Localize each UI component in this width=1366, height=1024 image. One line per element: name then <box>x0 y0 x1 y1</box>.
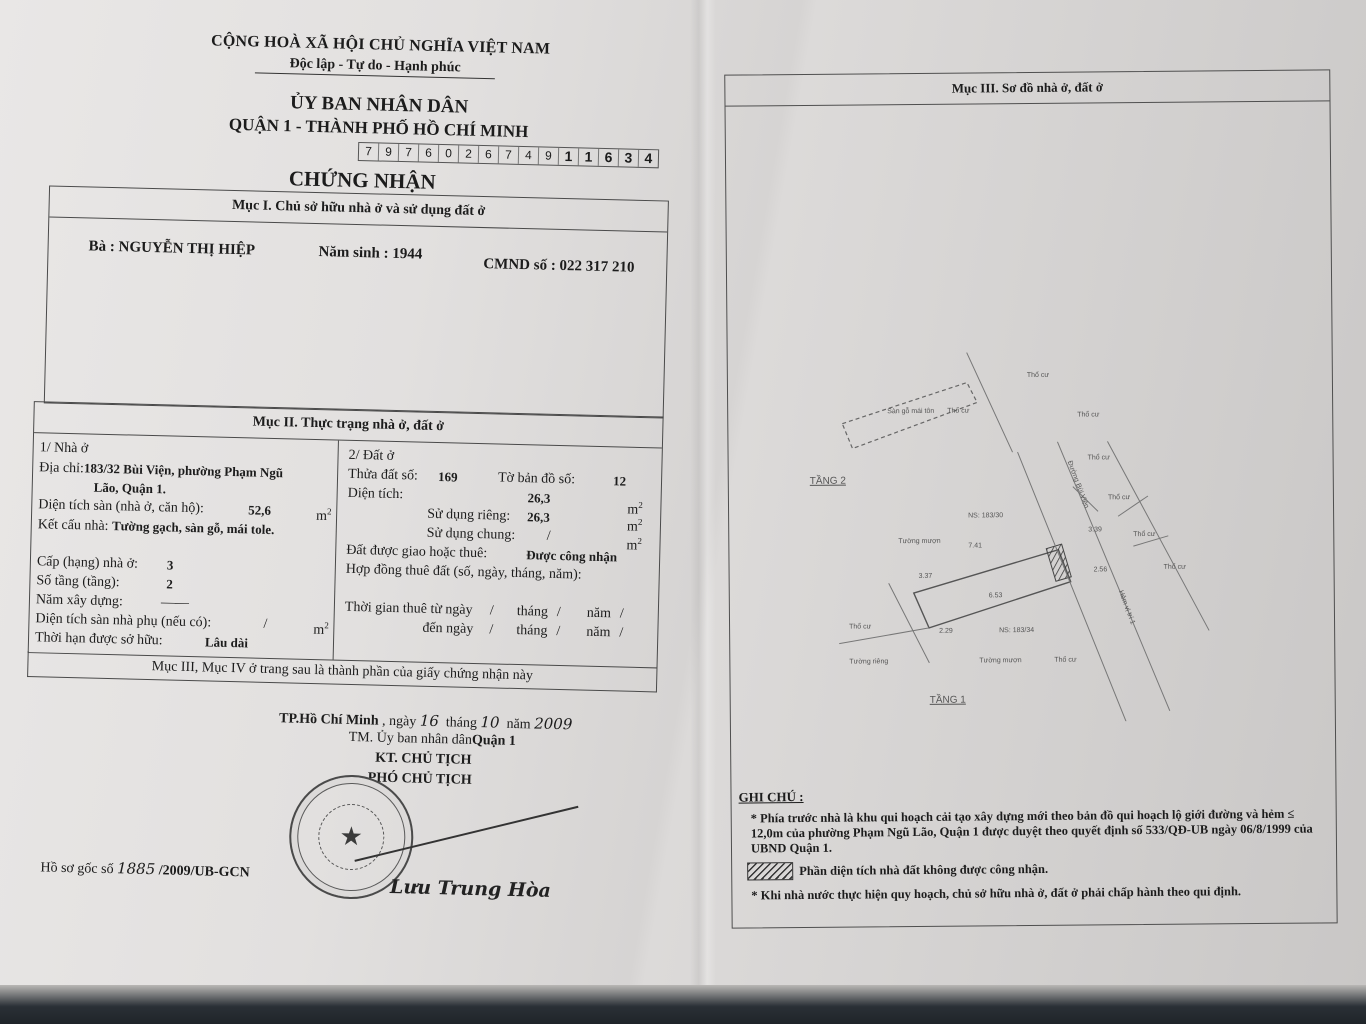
serial-digit: 7 <box>499 146 519 163</box>
parcel-value: 169 <box>438 467 458 486</box>
dim-label: 2.29 <box>939 628 953 635</box>
serial-digit: 1 <box>559 148 579 165</box>
dim-label: 3.37 <box>919 573 933 580</box>
year-built-label: Năm xây dựng: <box>36 592 123 609</box>
owner-name: Bà : NGUYỄN THỊ HIỆP <box>88 238 319 269</box>
hatch-pattern-icon <box>747 862 793 880</box>
note-2: * Khi nhà nước thực hiện quy hoạch, chủ … <box>751 883 1329 903</box>
issue-day: 16 <box>420 712 440 730</box>
grade-value: 3 <box>167 555 174 574</box>
year-label: năm <box>587 604 612 624</box>
wall-label: Tường mượn <box>979 657 1021 664</box>
serial-digit: 0 <box>439 145 459 162</box>
allocation-label: Đất được giao hoặc thuê: <box>346 543 487 561</box>
file-ref-suffix: /2009/UB-GCN <box>159 863 250 880</box>
aux-area-label: Diện tích sàn nhà phụ (nếu có): <box>35 611 211 630</box>
floors-label: Số tầng (tầng): <box>36 573 120 590</box>
neighbor-label: Thổ cư <box>1027 371 1050 379</box>
owner-id-number: CMND số : 022 317 210 <box>483 256 635 277</box>
certificate-back-page: Mục III. Sơ đồ nhà ở, đất ở Sàn gỗ mái t… <box>724 69 1338 939</box>
wall-label: Tường mượn <box>898 538 940 545</box>
serial-digit: 4 <box>519 147 539 164</box>
private-use-value: 26,3 <box>527 507 550 527</box>
ownership-term-value: Lâu dài <box>205 632 248 652</box>
street-label: Đường Bùi Viện <box>1066 460 1090 509</box>
certificate-front-page: CỘNG HOÀ XÃ HỘI CHỦ NGHĨA VIỆT NAM Độc l… <box>19 22 691 938</box>
wall-label-2: Tường riêng <box>849 658 888 665</box>
private-use-label: Sử dụng riêng: <box>427 507 510 524</box>
allocation-value: Được công nhận <box>526 545 617 566</box>
structure-label: Kết cấu nhà: <box>38 517 109 534</box>
neighbor-label: Thổ cư <box>849 622 872 630</box>
alley-label: Hẻm vị trí 1 <box>1117 589 1136 625</box>
floor-2-outline <box>842 382 978 448</box>
place-date: TP.Hồ Chí Minh , ngày 16 tháng 10 năm 20… <box>279 708 573 734</box>
serial-digit: 6 <box>479 146 499 163</box>
serial-number: 797602674911634 <box>358 142 659 168</box>
day-label: , ngày <box>382 714 417 730</box>
signer-name: Lưu Trung Hòa <box>390 876 551 902</box>
neighbor-label: Thổ cư <box>1077 410 1100 418</box>
land-area-value: 26,3 <box>527 488 550 508</box>
year-label: năm <box>506 717 530 733</box>
land-area-label: Diện tích: <box>347 486 403 502</box>
lease-from-day: / <box>490 601 494 620</box>
map-sheet-label: Tờ bản đồ số: <box>498 468 575 489</box>
dim-label: 3.39 <box>1088 526 1102 533</box>
notes: GHI CHÚ : * Phía trước nhà là khu qui ho… <box>738 784 1329 909</box>
shared-use-label: Sử dụng chung: <box>427 526 516 543</box>
site-plan-diagram: Sàn gỗ mái tôn TẦNG 2 Đường Bùi Viện Hẻm… <box>787 340 1270 724</box>
serial-digit: 7 <box>399 144 419 161</box>
address-line-2: Lão, Quận 1. <box>94 480 167 497</box>
file-ref-number: 1885 <box>117 859 156 878</box>
lease-to-month: / <box>556 622 560 641</box>
page-fold <box>690 0 716 1000</box>
lease-from-label: Thời gian thuê từ ngày <box>345 600 473 618</box>
year-label: năm <box>586 623 611 643</box>
on-behalf: TM. Ủy ban nhân dânQuận 1 <box>349 730 517 750</box>
serial-digit: 7 <box>359 143 379 160</box>
parcel-label: Thửa đất số: <box>348 467 418 484</box>
issue-month: 10 <box>480 713 500 731</box>
place: TP.Hồ Chí Minh <box>279 711 379 728</box>
floor-2-label: TẦNG 2 <box>810 474 847 487</box>
file-reference: Hồ sơ gốc số 1885 /2009/UB-GCN <box>40 857 250 881</box>
lease-from-year: / <box>620 605 624 624</box>
month-label: tháng <box>446 715 477 731</box>
neighbor-label: Thổ cư <box>1133 530 1156 538</box>
lease-from-month: / <box>557 603 561 622</box>
on-behalf-district: Quận 1 <box>472 733 516 749</box>
lease-to-label: đến ngày <box>422 619 473 639</box>
on-behalf-label: TM. Ủy ban nhân dân <box>349 730 473 748</box>
issue-year: 2009 <box>534 714 573 733</box>
floors-value: 2 <box>166 574 173 593</box>
floor-area-value: 52,6 <box>248 500 271 520</box>
floor-area-label: Diện tích sàn (nhà ở, căn hộ): <box>38 497 204 516</box>
legend-unrecognized-area: Phần diện tích nhà đất không được công n… <box>747 857 1329 880</box>
for-chairman: KT. CHỦ TỊCH <box>375 751 472 769</box>
section-3-title: Mục III. Sơ đồ nhà ở, đất ở <box>725 70 1329 106</box>
note-1: * Phía trước nhà là khu qui hoạch cải tạ… <box>751 806 1329 856</box>
structure-value: Tường gạch, sàn gỗ, mái tole. <box>112 518 275 537</box>
lease-to-year: / <box>619 624 623 643</box>
serial-digit: 2 <box>459 145 479 162</box>
land-details: 2/ Đất ở Thửa đất số:169Tờ bản đồ số:12 … <box>334 441 662 668</box>
neighbor-label: Thổ cư <box>1054 656 1077 664</box>
month-label: tháng <box>516 621 548 641</box>
map-sheet-value: 12 <box>613 471 626 490</box>
lease-to-day: / <box>489 620 493 639</box>
national-motto: Độc lập - Tự do - Hạnh phúc <box>255 55 495 79</box>
star-emblem-icon: ★ <box>317 803 385 871</box>
dim-label: 6.53 <box>989 592 1003 599</box>
table-surface <box>0 985 1366 1024</box>
shared-use-value: / <box>546 527 550 546</box>
section-1-owner: Mục I. Chủ sở hữu nhà ở và sử dụng đất ở… <box>44 185 669 418</box>
legend-text: Phần diện tích nhà đất không được công n… <box>799 861 1048 878</box>
serial-digit: 9 <box>379 143 399 160</box>
ownership-term-label: Thời hạn được sở hữu: <box>35 630 163 648</box>
neighbor-label: Thổ cư <box>947 407 970 415</box>
street-lines <box>837 440 1210 724</box>
owner-birth-year: Năm sinh : 1944 <box>318 244 484 273</box>
floor-1-label: TẦNG 1 <box>930 693 967 706</box>
neighbor-label: Thổ cư <box>1164 563 1187 571</box>
month-label: tháng <box>517 602 549 622</box>
serial-digit: 1 <box>579 148 599 165</box>
serial-digit: 3 <box>619 149 639 166</box>
serial-digit: 6 <box>419 144 439 161</box>
floor-2-note: Sàn gỗ mái tôn <box>887 406 934 415</box>
year-built-value: —— <box>161 593 189 613</box>
serial-digit: 6 <box>599 149 619 166</box>
neighbor-label: Thổ cư <box>1108 493 1131 501</box>
grade-label: Cấp (hạng) nhà ở: <box>37 554 138 571</box>
file-ref-label: Hồ sơ gốc số <box>40 860 113 877</box>
section-2-property-status: Mục II. Thực trạng nhà ở, đất ở 1/ Nhà ở… <box>28 401 664 668</box>
floor-1-outline <box>913 550 1071 628</box>
address-label: Địa chỉ: <box>39 460 84 476</box>
neighbor-south: NS: 183/34 <box>999 627 1034 634</box>
house-details: 1/ Nhà ở Địa chỉ:183/32 Bùi Viện, phường… <box>29 433 339 659</box>
neighbor-label: Thổ cư <box>1088 453 1111 461</box>
aux-area-value: / <box>263 615 267 634</box>
dim-label: 2.56 <box>1094 566 1108 573</box>
neighbor-north: NS: 183/30 <box>968 512 1003 519</box>
serial-digit: 9 <box>539 147 559 164</box>
serial-digit: 4 <box>639 150 658 167</box>
dim-label: 7.41 <box>968 542 982 549</box>
